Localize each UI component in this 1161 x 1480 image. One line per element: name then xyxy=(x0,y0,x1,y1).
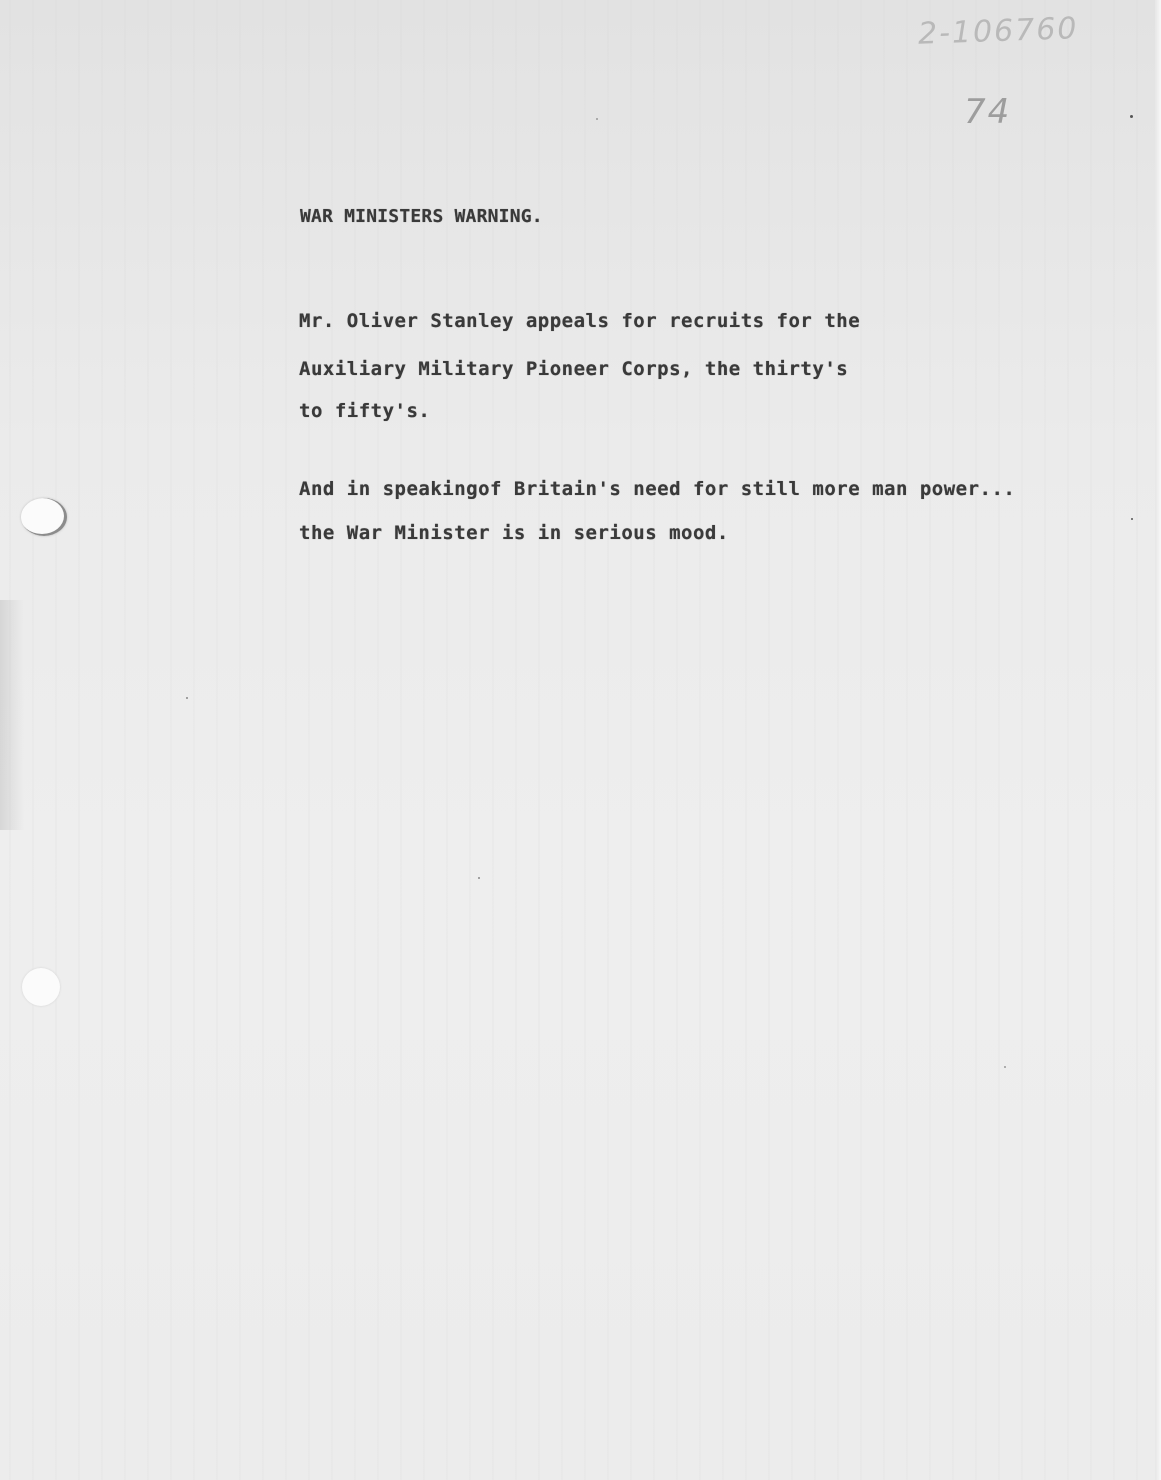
punch-hole-upper xyxy=(21,498,67,536)
page-edge xyxy=(1155,0,1161,1480)
document-heading: WAR MINISTERS WARNING. xyxy=(300,206,543,227)
paper-speck xyxy=(1131,518,1133,520)
archive-number-annotation: 2-106760 xyxy=(917,11,1079,52)
paragraph-line: to fifty's. xyxy=(299,400,430,422)
paper-speck xyxy=(596,118,598,120)
document-page: 2-106760 74 WAR MINISTERS WARNING. Mr. O… xyxy=(0,0,1161,1480)
page-number-annotation: 74 xyxy=(964,92,1011,132)
paper-fold-shadow xyxy=(0,600,24,830)
punch-hole-lower xyxy=(22,968,60,1006)
paragraph-line: Mr. Oliver Stanley appeals for recruits … xyxy=(299,310,860,332)
paper-speck xyxy=(186,697,188,699)
paper-speck xyxy=(1130,115,1133,118)
paragraph-line: Auxiliary Military Pioneer Corps, the th… xyxy=(299,358,848,380)
paragraph-line: the War Minister is in serious mood. xyxy=(299,522,729,544)
paper-speck xyxy=(478,877,480,879)
paper-speck xyxy=(1004,1066,1006,1068)
paragraph-line: And in speakingof Britain's need for sti… xyxy=(299,478,1015,500)
